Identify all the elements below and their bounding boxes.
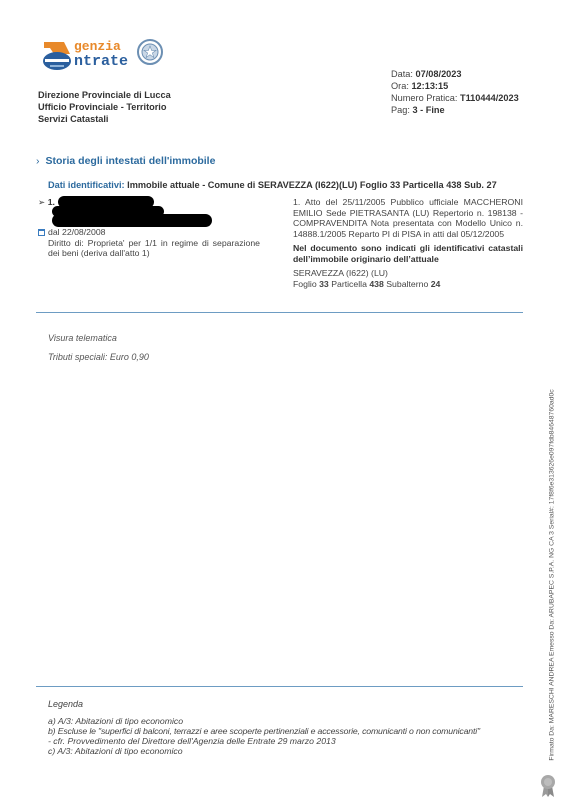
document-meta: Data: 07/08/2023 Ora: 12:13:15 Numero Pr… — [391, 68, 519, 116]
original-location: SERAVEZZA (I622) (LU) Foglio 33 Particel… — [293, 268, 523, 289]
meta-time: Ora: 12:13:15 — [391, 80, 519, 92]
agenzia-entrate-logo: genzia ntrate — [40, 38, 170, 74]
divider — [36, 686, 523, 687]
owner-block: ➢ 1. dal 22/08/2008 Diritto di: Propriet… — [38, 197, 260, 259]
chevron-right-icon: › — [36, 155, 40, 167]
redacted-name — [52, 214, 212, 227]
office-line: Ufficio Provinciale - Territorio — [38, 101, 171, 113]
legend-item: a) A/3: Abitazioni di tipo economico — [48, 716, 528, 726]
office-block: Direzione Provinciale di Lucca Ufficio P… — [38, 89, 171, 125]
calendar-icon — [38, 229, 45, 236]
meta-page: Pag: 3 - Fine — [391, 104, 519, 116]
expand-arrow-icon[interactable]: ➢ — [38, 197, 45, 207]
deed-block: 1. Atto del 25/11/2005 Pubblico ufficial… — [293, 197, 523, 289]
agenzia-entrate-mark-icon — [40, 40, 74, 72]
logo-word-entrate: ntrate — [74, 53, 128, 70]
meta-date: Data: 07/08/2023 — [391, 68, 519, 80]
italian-emblem-icon — [136, 38, 164, 66]
office-line: Direzione Provinciale di Lucca — [38, 89, 171, 101]
deed-note: Nel documento sono indicati gli identifi… — [293, 243, 523, 264]
owner-right: Diritto di: Proprieta' per 1/1 in regime… — [38, 238, 260, 259]
deed-text: 1. Atto del 25/11/2005 Pubblico ufficial… — [293, 197, 523, 239]
visura-label: Visura telematica — [48, 333, 117, 343]
tributi-label: Tributi speciali: Euro 0,90 — [48, 352, 149, 362]
legend-item: b) Escluse le "superfici di balconi, ter… — [48, 726, 528, 736]
meta-practice-number: Numero Pratica: T110444/2023 — [391, 92, 519, 104]
identification-value: Immobile attuale - Comune di SERAVEZZA (… — [127, 180, 497, 190]
legend-items: a) A/3: Abitazioni di tipo economico b) … — [48, 716, 528, 756]
owner-date: dal 22/08/2008 — [38, 227, 260, 238]
rosette-seal-icon — [539, 774, 557, 798]
identification-label: Dati identificativi: — [48, 180, 125, 190]
legend-item: c) A/3: Abitazioni di tipo economico — [48, 746, 528, 756]
legend-item: - cfr. Provvedimento del Direttore dell'… — [48, 736, 528, 746]
identification-line: Dati identificativi: Immobile attuale - … — [48, 180, 497, 190]
legend-title: Legenda — [48, 699, 83, 709]
divider — [36, 312, 523, 313]
owner-index: 1. — [48, 197, 55, 207]
office-line: Servizi Catastali — [38, 113, 171, 125]
logo-word-agenzia: genzia — [74, 39, 121, 54]
digital-signature: Firmato Da: MARESCHI ANDREA Emesso Da: A… — [545, 380, 559, 770]
section-title: ›Storia degli intestati dell'immobile — [36, 155, 215, 167]
